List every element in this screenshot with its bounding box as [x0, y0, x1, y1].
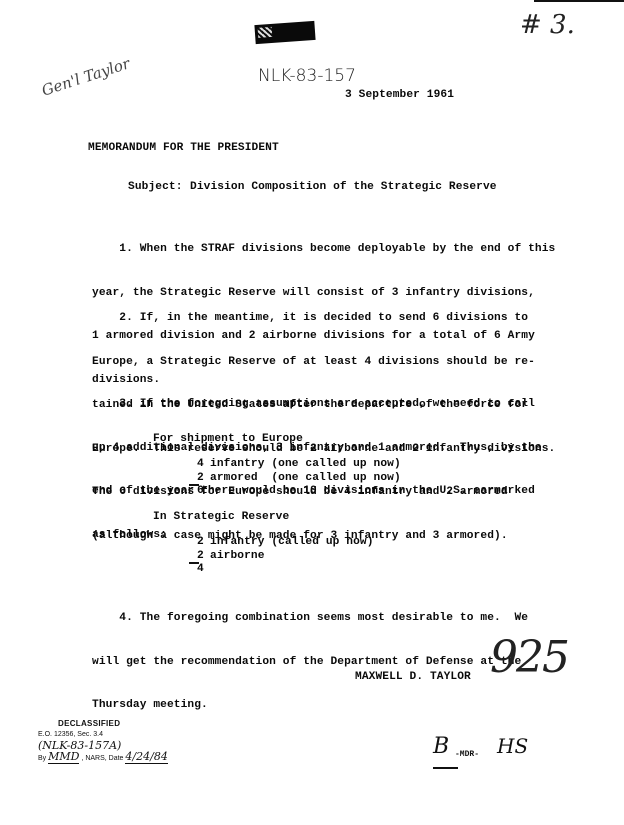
paragraph-line: end of the year there would be 10 divisi…: [92, 484, 542, 499]
memo-addressee: MEMORANDUM FOR THE PRESIDENT: [88, 141, 279, 156]
allocation-heading-europe: For shipment to Europe: [153, 432, 303, 447]
stamp-nars-label: , NARS, Date: [81, 755, 123, 762]
handwritten-number: # 3.: [520, 10, 575, 40]
handwritten-note: Gen'l Taylor: [39, 54, 132, 99]
allocation-row: airborne: [210, 549, 265, 564]
initials-underline: [433, 767, 458, 769]
allocation-heading-reserve: In Strategic Reserve: [153, 510, 289, 525]
memo-date: 3 September 1961: [345, 88, 454, 103]
stamp-by-line: By MMD , NARS, Date 4/24/84: [38, 751, 168, 764]
paragraph-line: 2. If, in the meantime, it is decided to…: [92, 311, 555, 326]
file-number: NLK-83-157: [258, 66, 356, 86]
allocation-row: infantry (one called up now): [210, 457, 401, 472]
allocation-row: armored (one called up now): [210, 471, 401, 486]
paragraph-line: Europe, a Strategic Reserve of at least …: [92, 355, 555, 370]
memo-subject: Division Composition of the Strategic Re…: [190, 180, 497, 195]
signature-block: MAXWELL D. TAYLOR: [355, 670, 471, 685]
handwritten-925: 925: [490, 632, 568, 683]
memo-page: # 3. Gen'l Taylor NLK-83-157 3 September…: [0, 0, 624, 825]
paragraph-line: will get the recommendation of the Depar…: [92, 655, 528, 670]
paragraph-line: 1. When the STRAF divisions become deplo…: [92, 242, 555, 257]
allocation-total: 6: [197, 484, 204, 499]
paragraph-line: 3. If the foregoing assumptions are acce…: [92, 397, 542, 412]
stamp-by-label: By: [38, 755, 46, 762]
initials-mdr: -MDR-: [455, 750, 479, 759]
redaction-block: [254, 21, 315, 44]
allocation-count: 2: [197, 535, 204, 550]
stamp-by-value: MMD: [48, 750, 79, 764]
initials-left: B: [433, 734, 449, 759]
initials-right: HS: [497, 734, 528, 758]
scan-edge-line: [534, 0, 624, 2]
paragraph-line: Thursday meeting.: [92, 698, 528, 713]
stamp-title: DECLASSIFIED: [58, 718, 168, 729]
stamp-date: 4/24/84: [125, 750, 167, 764]
memo-subject-label: Subject:: [128, 180, 183, 195]
allocation-count: 4: [197, 457, 204, 472]
allocation-row: infantry (called up now): [210, 535, 374, 550]
allocation-total: 4: [197, 562, 204, 577]
declassified-stamp: DECLASSIFIED E.O. 12356, Sec. 3.4 (NLK-8…: [30, 718, 168, 764]
paragraph-line: 4. The foregoing combination seems most …: [92, 611, 528, 626]
